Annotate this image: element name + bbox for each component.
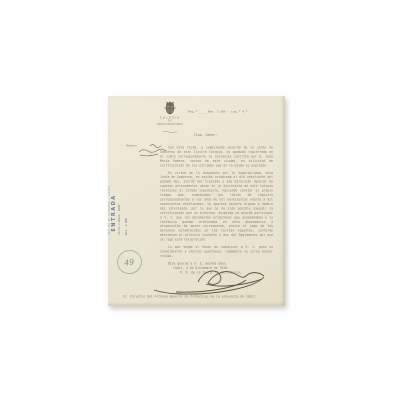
salutation-text: Ilmo. Señor: <box>194 133 234 137</box>
round-stamp-number: 49 <box>124 257 135 267</box>
numero-block: Número <box>126 144 160 151</box>
margin-imprint: IMP. DE M. ÁLVAREZ — CÁDIZ <box>108 181 116 235</box>
salutation: Ilmo. Señor: <box>194 133 234 141</box>
num-label: Núm. <box>125 228 128 235</box>
addressee-line: Sr. Director del Archivo General de Prot… <box>123 295 283 300</box>
letterhead-text: COLEGIO DE PROCURADORES <box>146 116 194 136</box>
fecha-label: Fecha <box>118 227 121 235</box>
entrada-stamp-num: Núm. 1.066 <box>125 191 128 235</box>
reference-line: Reg.º ____ Núm. 1.066 — Leg.º 4.º <box>188 110 274 116</box>
letter-paper: COLEGIO DE PROCURADORES Reg.º ____ Núm. … <box>108 96 285 306</box>
margin-imprint-text: IMP. DE M. ÁLVAREZ — CÁDIZ <box>108 181 111 235</box>
paragraph-1: Con esta fecha, y cumpliendo acuerdo de … <box>160 146 273 168</box>
addressee-text: Sr. Director del Archivo General de Prot… <box>123 295 283 299</box>
reference-text: Reg.º ____ Núm. 1.066 — Leg.º 4.º <box>188 110 274 114</box>
heraldic-crest-icon <box>163 101 177 115</box>
num-value: 1.066 <box>125 218 128 227</box>
letterhead-flourish-icon <box>146 131 194 134</box>
letterhead-line3: PROCURADORES <box>146 123 194 126</box>
round-number-stamp: 49 <box>115 248 144 277</box>
fecha-value: 4 Dbre. 1930 <box>118 204 121 225</box>
letterhead-line1: COLEGIO <box>146 116 194 120</box>
entrada-stamp-fecha: Fecha 4 Dbre. 1930 <box>118 191 121 235</box>
paragraph-2: En virtud de lo dispuesto por la Superio… <box>160 171 273 242</box>
scanned-letter-view: COLEGIO DE PROCURADORES Reg.º ____ Núm. … <box>0 0 400 400</box>
paragraph-3: Lo que tengo el honor de comunicar a V. … <box>160 246 273 259</box>
